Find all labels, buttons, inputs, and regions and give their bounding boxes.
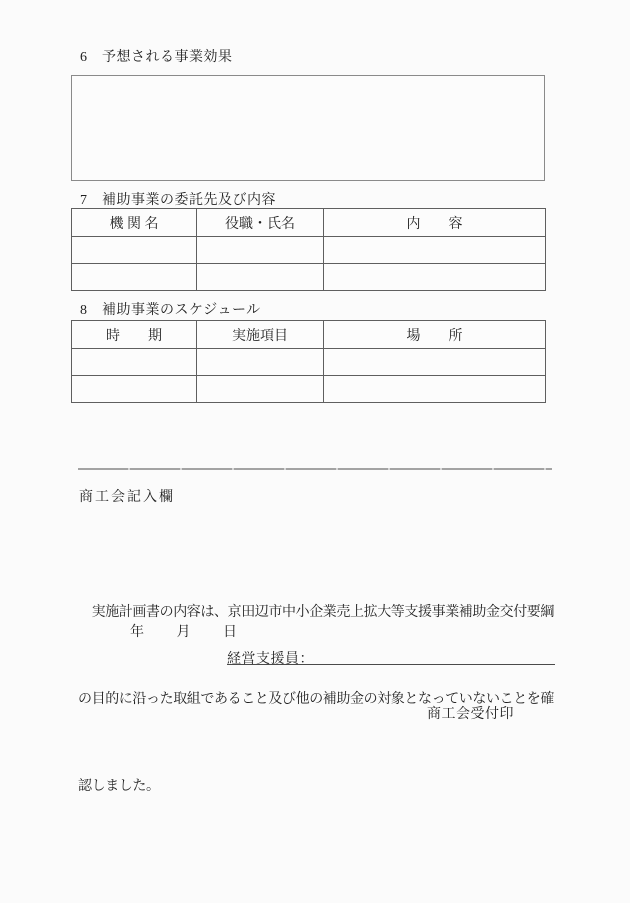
staff-signature-label: 経営支援員： xyxy=(227,652,314,667)
table-row xyxy=(72,264,546,291)
period-header: 時 期 xyxy=(72,321,197,349)
table-cell xyxy=(324,237,546,264)
implementation-item-header: 実施項目 xyxy=(197,321,324,349)
schedule-table-header-row: 時 期 実施項目 場 所 xyxy=(72,321,546,349)
table-cell xyxy=(72,349,197,376)
confirmation-paragraph-line: 認しました。 xyxy=(78,772,556,801)
table-cell xyxy=(72,376,197,403)
document-page: 6 予想される事業効果 7 補助事業の委託先及び内容 機 関 名 役職・氏名 内… xyxy=(0,0,630,903)
separator-line xyxy=(78,468,552,470)
section-8-heading: 8 補助事業のスケジュール xyxy=(80,299,261,319)
office-entry-title: 商工会記入欄 xyxy=(79,486,175,506)
place-header: 場 所 xyxy=(324,321,546,349)
table-cell xyxy=(72,264,197,291)
reception-stamp-label: 商工会受付印 xyxy=(427,703,514,723)
table-cell xyxy=(197,376,324,403)
date-line: 年 月 日 xyxy=(130,621,239,641)
confirmation-paragraph: 実施計画書の内容は、京田辺市中小企業売上拡大等支援事業補助金交付要綱 の目的に沿… xyxy=(78,540,556,859)
contractor-table: 機 関 名 役職・氏名 内 容 xyxy=(71,208,546,291)
table-cell xyxy=(324,349,546,376)
table-row xyxy=(72,376,546,403)
table-cell xyxy=(324,376,546,403)
contractor-table-header-row: 機 関 名 役職・氏名 内 容 xyxy=(72,209,546,237)
table-row xyxy=(72,349,546,376)
table-cell xyxy=(197,237,324,264)
table-row xyxy=(72,237,546,264)
table-cell xyxy=(72,237,197,264)
position-name-header: 役職・氏名 xyxy=(197,209,324,237)
section-6-effects-box xyxy=(71,75,545,181)
table-cell xyxy=(197,264,324,291)
organization-name-header: 機 関 名 xyxy=(72,209,197,237)
table-cell xyxy=(324,264,546,291)
schedule-table: 時 期 実施項目 場 所 xyxy=(71,320,546,403)
content-header: 内 容 xyxy=(324,209,546,237)
section-7-heading: 7 補助事業の委託先及び内容 xyxy=(80,189,276,209)
staff-signature-line: 経営支援員： xyxy=(227,648,555,665)
section-6-heading: 6 予想される事業効果 xyxy=(80,46,233,66)
table-cell xyxy=(197,349,324,376)
